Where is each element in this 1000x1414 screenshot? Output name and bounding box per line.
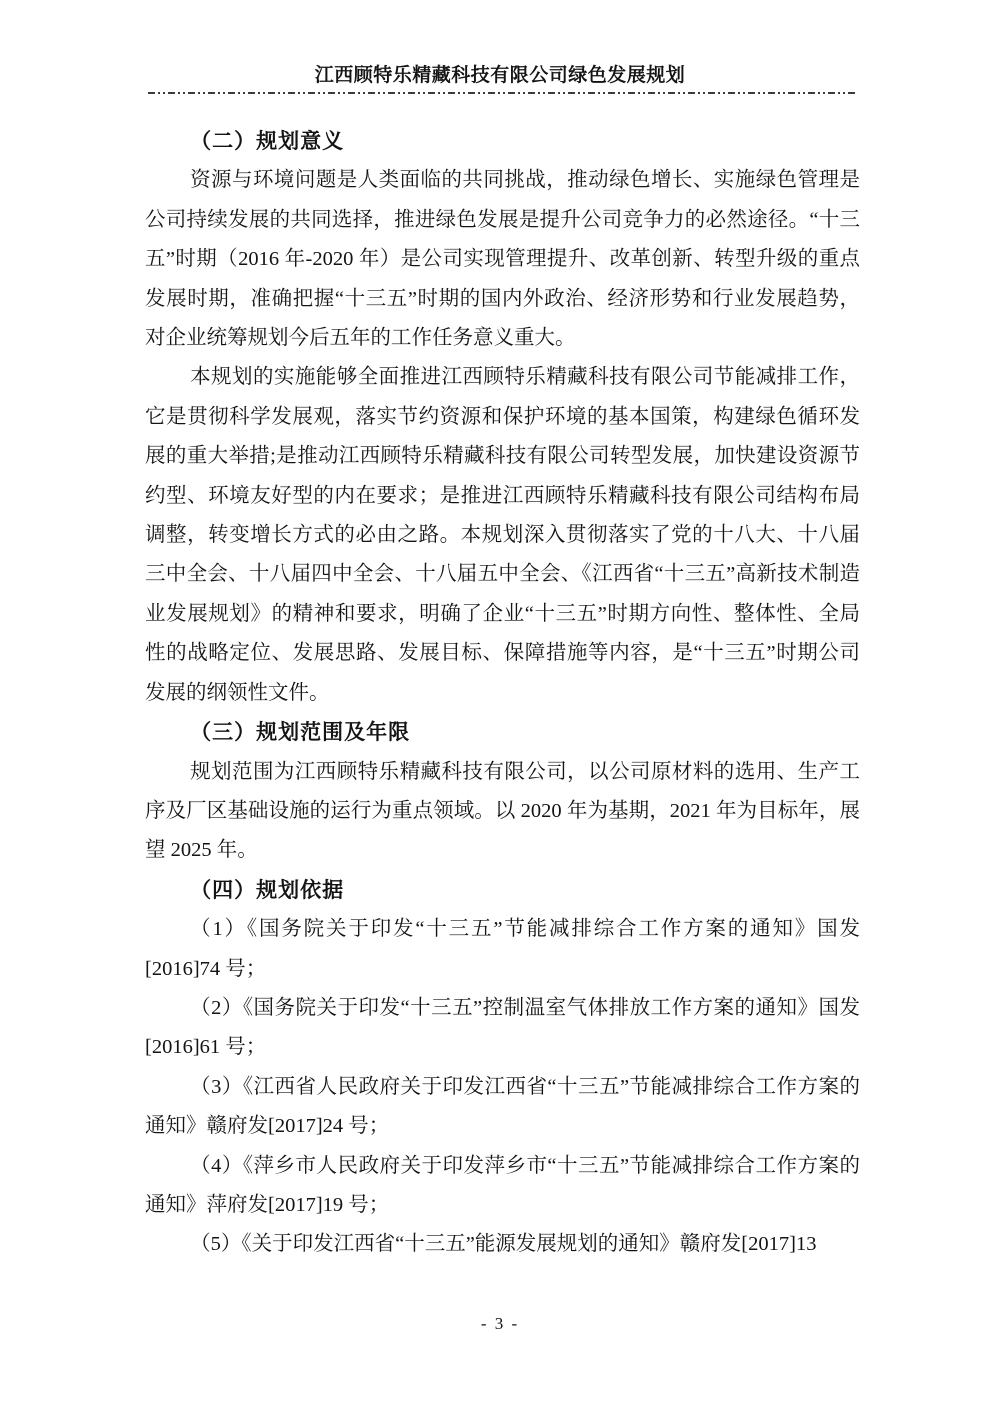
section-heading: （四）规划依据 — [145, 871, 860, 910]
header-title: 江西顾特乐精藏科技有限公司绿色发展规划 — [0, 63, 1000, 88]
paragraph: （5）《关于印发江西省“十三五”能源发展规划的通知》赣府发[2017]13 — [145, 1225, 860, 1264]
document-body: （二）规划意义资源与环境问题是人类面临的共同挑战，推动绿色增长、实施绿色管理是公… — [145, 122, 860, 1265]
paragraph: （4）《萍乡市人民政府关于印发萍乡市“十三五”节能减排综合工作方案的通知》萍府发… — [145, 1147, 860, 1226]
section-heading: （三）规划范围及年限 — [145, 713, 860, 752]
paragraph: 规划范围为江西顾特乐精藏科技有限公司，以公司原材料的选用、生产工序及厂区基础设施… — [145, 753, 860, 871]
paragraph: （2）《国务院关于印发“十三五”控制温室气体排放工作方案的通知》国发[2016]… — [145, 989, 860, 1068]
paragraph: （1）《国务院关于印发“十三五”节能减排综合工作方案的通知》国发[2016]74… — [145, 910, 860, 989]
section-heading: （二）规划意义 — [145, 122, 860, 161]
paragraph: 资源与环境问题是人类面临的共同挑战，推动绿色增长、实施绿色管理是公司持续发展的共… — [145, 161, 860, 358]
page-number: - 3 - — [481, 1314, 519, 1333]
header-divider — [148, 92, 855, 94]
page-footer: - 3 - — [0, 1314, 1000, 1334]
paragraph: （3）《江西省人民政府关于印发江西省“十三五”节能减排综合工作方案的通知》赣府发… — [145, 1068, 860, 1147]
document-page: 江西顾特乐精藏科技有限公司绿色发展规划 （二）规划意义资源与环境问题是人类面临的… — [0, 0, 1000, 1414]
page-header: 江西顾特乐精藏科技有限公司绿色发展规划 — [0, 0, 1000, 94]
paragraph: 本规划的实施能够全面推进江西顾特乐精藏科技有限公司节能减排工作，它是贯彻科学发展… — [145, 358, 860, 713]
